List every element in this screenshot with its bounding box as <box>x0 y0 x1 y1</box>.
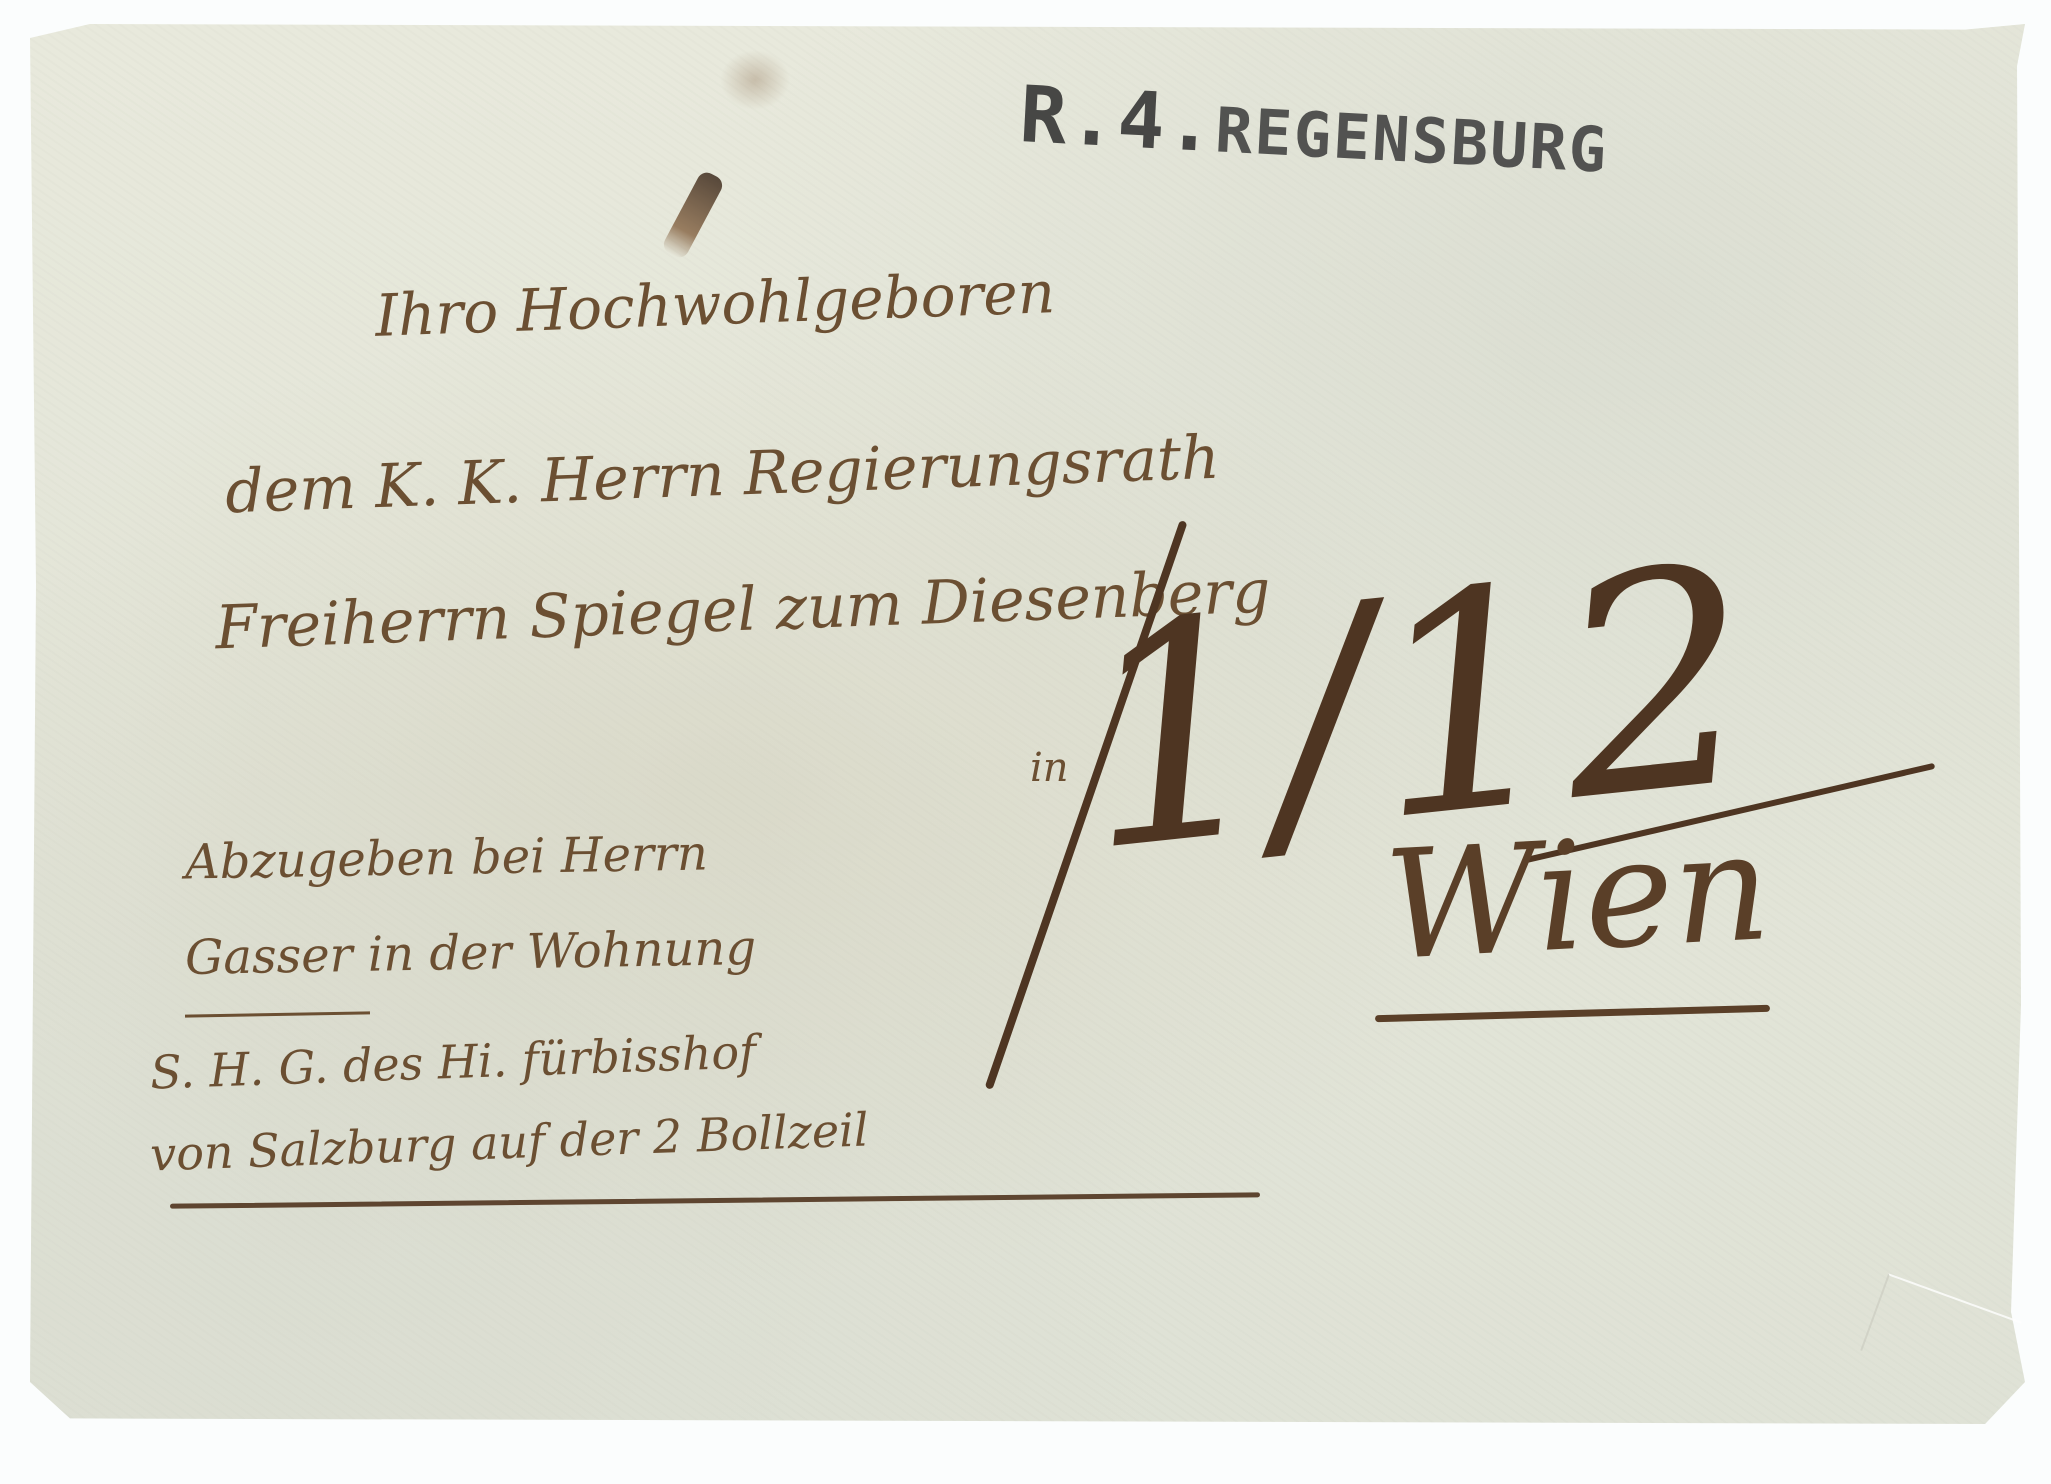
stain <box>720 50 790 110</box>
forwarding-line-1: Abzugeben bei Herrn <box>185 825 709 890</box>
destination-city: Wien <box>1381 800 1774 994</box>
postmark-town: REGENSBURG <box>1213 93 1610 186</box>
forwarding-line-2: Gasser in der Wohnung <box>185 920 757 986</box>
postmark-prefix: R.4. <box>1018 70 1218 170</box>
address-line-in: in <box>1030 745 1069 791</box>
